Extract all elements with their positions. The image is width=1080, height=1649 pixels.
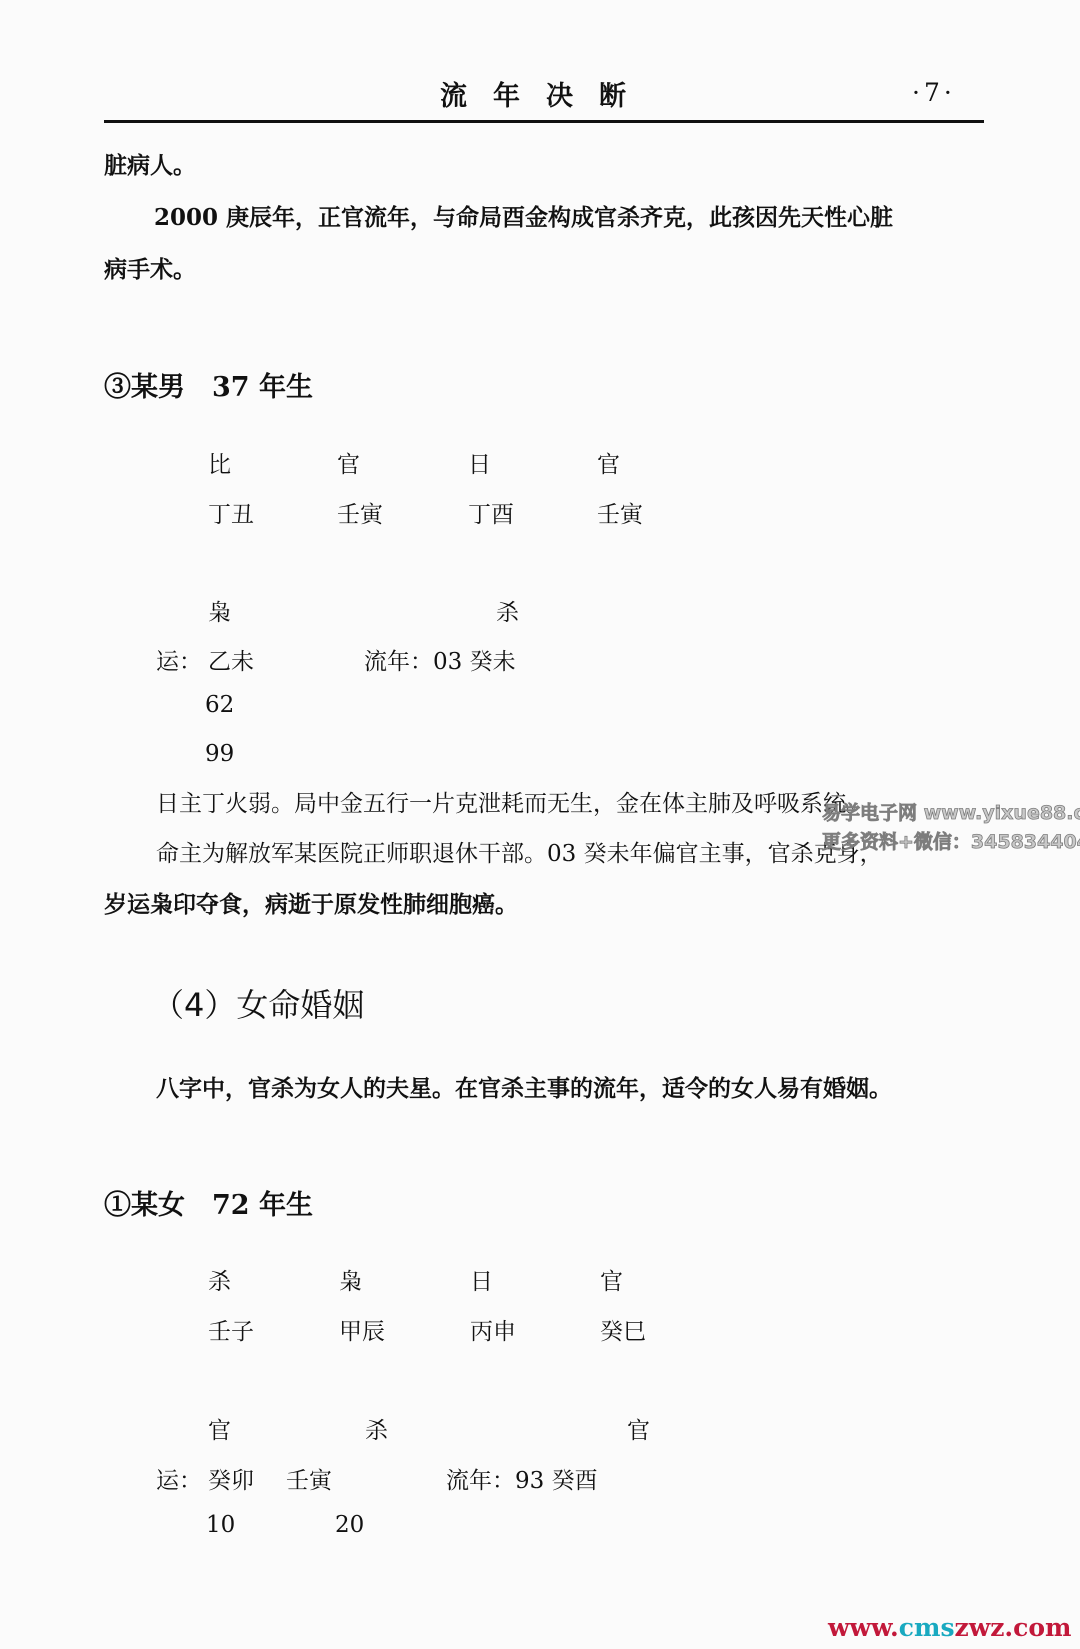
case1-pillar-year: 壬子 — [208, 1313, 254, 1346]
watermark-site-mid: cms — [899, 1613, 955, 1642]
book-page: 流年决断 ·7· 脏病人。 2000 庚辰年，正官流年，与命局酉金构成官杀齐克，… — [0, 0, 1080, 1649]
case3-age-end: 99 — [205, 741, 234, 767]
case1-luck-prefix: 运： — [156, 1462, 202, 1495]
case1-luck-pillar-2: 壬寅 — [286, 1462, 332, 1495]
case1-label-hour: 官 — [600, 1263, 623, 1296]
case3-pillar-month: 壬寅 — [337, 496, 383, 529]
page-number: ·7· — [912, 78, 956, 107]
case1-luck-label-2: 杀 — [365, 1412, 388, 1445]
section4-intro: 八字中，官杀为女人的夫星。在官杀主事的流年，适令的女人易有婚姻。 — [156, 1077, 892, 1100]
running-head: 流年决断 — [440, 74, 652, 113]
case3-label-month: 官 — [337, 446, 360, 479]
case1-pillar-hour: 癸巳 — [600, 1313, 646, 1346]
case1-label-day: 日 — [470, 1263, 493, 1296]
case3-title: ③某男 37 年生 — [104, 365, 313, 404]
watermark-yixue-site: 易学电子网 www.yixue88.cn — [822, 798, 1080, 825]
case3-year-label: 杀 — [496, 594, 519, 627]
case1-age-1: 10 — [206, 1512, 235, 1538]
case1-pillar-month: 甲辰 — [339, 1313, 385, 1346]
case3-age-start: 62 — [205, 692, 234, 718]
watermark-site-prefix: www. — [828, 1613, 899, 1642]
case1-luck-label-1: 官 — [208, 1412, 231, 1445]
case3-label-year: 比 — [208, 446, 231, 479]
case3-luck-pillar: 乙未 — [208, 643, 254, 676]
header-rule — [104, 120, 984, 123]
case3-label-day: 日 — [468, 446, 491, 479]
case3-pillar-hour: 壬寅 — [597, 496, 643, 529]
watermark-cmszwz-logo: www.cmszwz.com — [828, 1613, 1071, 1642]
case3-flow-year: 流年：03 癸未 — [364, 643, 516, 676]
case1-year-label: 官 — [627, 1412, 650, 1445]
case3-analysis-line2: 命主为解放军某医院正师职退休干部。03 癸未年偏官主事，官杀克身， — [156, 843, 883, 866]
paragraph-2000-line1: 2000 庚辰年，正官流年，与命局酉金构成官杀齐克，此孩因先天性心脏 — [154, 206, 893, 229]
case1-pillar-day: 丙申 — [470, 1313, 516, 1346]
paragraph-continuation: 脏病人。 — [104, 154, 196, 177]
case3-analysis-line3: 岁运枭印夺食，病逝于原发性肺细胞癌。 — [104, 893, 518, 916]
watermark-wechat-contact: 更多资料+微信：3458344044 — [822, 827, 1080, 854]
case1-label-month: 枭 — [339, 1263, 362, 1296]
watermark-site-suffix: zwz.com — [955, 1613, 1072, 1642]
case1-luck-pillar-1: 癸卯 — [208, 1462, 254, 1495]
case3-luck-label: 枭 — [208, 594, 231, 627]
case1-label-year: 杀 — [208, 1263, 231, 1296]
case1-title: ①某女 72 年生 — [104, 1183, 313, 1222]
case1-flow-year: 流年：93 癸酉 — [446, 1462, 598, 1495]
case1-age-2: 20 — [335, 1512, 364, 1538]
case3-label-hour: 官 — [597, 446, 620, 479]
case3-analysis-line1: 日主丁火弱。局中金五行一片克泄耗而无生，金在体主肺及呼吸系统。 — [156, 793, 869, 816]
case3-pillar-day: 丁酉 — [468, 496, 514, 529]
section-title-female-marriage: （4）女命婚姻 — [152, 980, 364, 1026]
paragraph-2000-line2: 病手术。 — [104, 258, 196, 281]
case3-pillar-year: 丁丑 — [208, 496, 254, 529]
case3-luck-prefix: 运： — [156, 643, 202, 676]
